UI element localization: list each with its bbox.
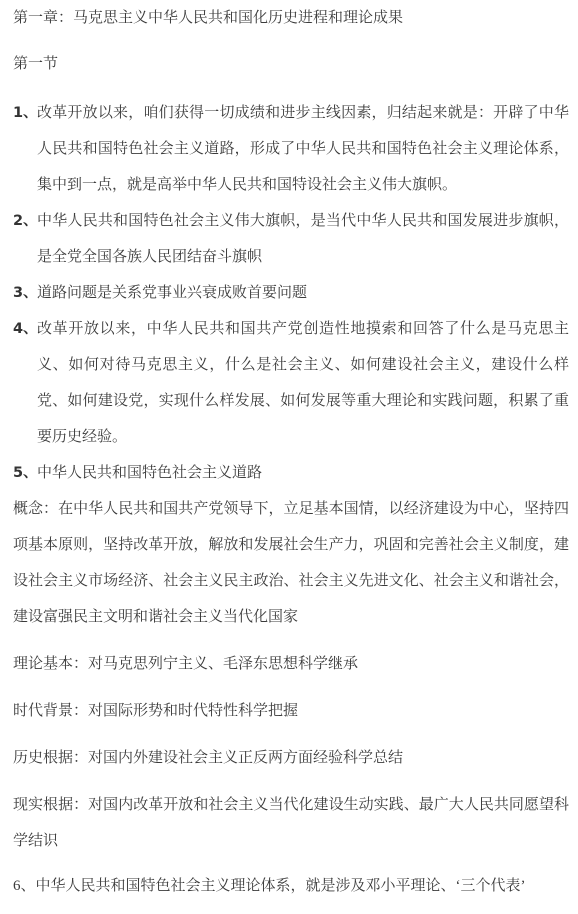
item-text: 道路问题是关系党事业兴衰成败首要问题 [37, 285, 307, 301]
basis-paragraph-history: 历史根据：对国内外建设社会主义正反两方面经验科学总结 [13, 740, 569, 776]
item-six-paragraph: 6、中华人民共和国特色社会主义理论体系，就是涉及邓小平理论、‘三个代表’ [13, 868, 569, 904]
numbered-list: 1、 改革开放以来，咱们获得一切成绩和进步主线因素，归结起来就是：开辟了中华人民… [13, 95, 569, 491]
item-marker: 4、 [13, 311, 37, 347]
section-title: 第一节 [13, 46, 569, 82]
item-text: 中华人民共和国特色社会主义伟大旗帜，是当代中华人民共和国发展进步旗帜，是全党全国… [37, 213, 569, 265]
item-text: 改革开放以来，中华人民共和国共产党创造性地摸索和回答了什么是马克思主义、如何对待… [37, 321, 569, 445]
chapter-title: 第一章：马克思主义中华人民共和国化历史进程和理论成果 [13, 0, 569, 36]
item-text: 改革开放以来，咱们获得一切成绩和进步主线因素，归结起来就是：开辟了中华人民共和国… [37, 105, 569, 193]
item-marker: 1、 [13, 95, 37, 131]
item-text: 中华人民共和国特色社会主义道路 [37, 465, 262, 481]
basis-paragraph-era: 时代背景：对国际形势和时代特性科学把握 [13, 693, 569, 729]
document-page: 第一章：马克思主义中华人民共和国化历史进程和理论成果 第一节 1、 改革开放以来… [0, 0, 578, 914]
item-marker: 3、 [13, 275, 37, 311]
numbered-item-3: 3、 道路问题是关系党事业兴衰成败首要问题 [13, 275, 569, 311]
numbered-item-2: 2、 中华人民共和国特色社会主义伟大旗帜，是当代中华人民共和国发展进步旗帜，是全… [13, 203, 569, 275]
numbered-item-4: 4、 改革开放以来，中华人民共和国共产党创造性地摸索和回答了什么是马克思主义、如… [13, 311, 569, 455]
basis-paragraph-theory: 理论基本：对马克思列宁主义、毛泽东思想科学继承 [13, 646, 569, 682]
item-marker: 5、 [13, 455, 37, 491]
basis-paragraph-reality: 现实根据：对国内改革开放和社会主义当代化建设生动实践、最广大人民共同愿望科学结识 [13, 787, 569, 859]
numbered-item-1: 1、 改革开放以来，咱们获得一切成绩和进步主线因素，归结起来就是：开辟了中华人民… [13, 95, 569, 203]
concept-paragraph: 概念：在中华人民共和国共产党领导下，立足基本国情，以经济建设为中心，坚持四项基本… [13, 491, 569, 635]
numbered-item-5: 5、 中华人民共和国特色社会主义道路 [13, 455, 569, 491]
item-marker: 2、 [13, 203, 37, 239]
